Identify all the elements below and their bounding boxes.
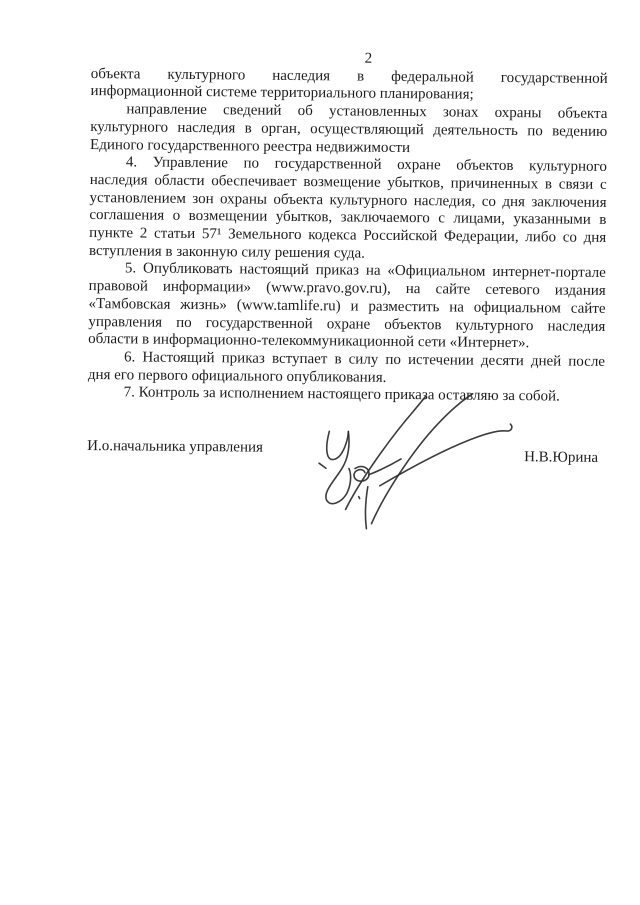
signature-name: Н.В.Юрина xyxy=(524,448,604,467)
handwritten-signature-icon xyxy=(314,388,517,536)
signature-role: И.о.начальника управления xyxy=(87,437,263,457)
text-line: 7. Контроль за исполнением настоящего пр… xyxy=(88,384,605,407)
document-page: 2 объекта культурного наследия в федерал… xyxy=(0,0,640,905)
document-body: объекта культурного наследия в федеральн… xyxy=(88,66,608,407)
signature-block: И.о.начальника управления Н.В.Юрина xyxy=(87,437,604,460)
scanned-content: 2 объекта культурного наследия в федерал… xyxy=(87,48,608,460)
